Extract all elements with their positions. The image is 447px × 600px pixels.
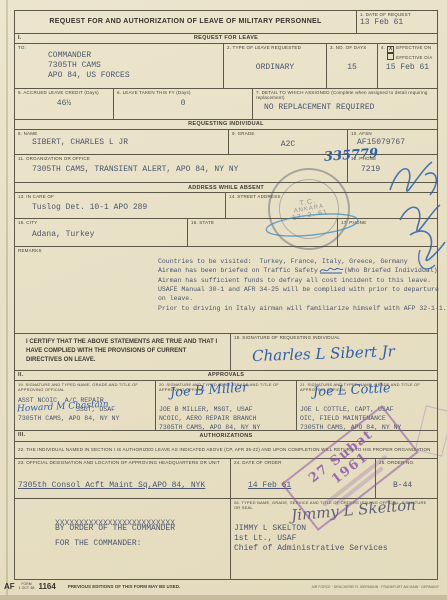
box17-phone: 17. PHONE — [338, 219, 437, 246]
footer-form-date: 1 OCT. 58 — [19, 586, 35, 590]
af-form-1164: REQUEST FOR AND AUTHORIZATION OF LEAVE O… — [14, 10, 438, 580]
box20-title-line: NCOIC, AERO REPAIR BRANCH — [159, 414, 293, 423]
box26-title-line: Chief of Administrative Services — [234, 544, 434, 554]
in-care-of-row: 13. IN CARE OF Tuslog Det. 10-1 APO 289 … — [15, 193, 437, 219]
to-line2: 7305TH CAMS — [48, 61, 220, 71]
box19-approving-official: 19. SIGNATURE AND TYPED NAME, GRADE AND … — [15, 381, 156, 430]
box23-label: 23. OFFICIAL DESIGNATION AND LOCATION OF… — [18, 460, 227, 466]
box26-orders-official: 26. TYPED NAME, GRADE, SERVICE AND TITLE… — [231, 499, 437, 579]
box4-number: 4. — [381, 45, 385, 61]
certification-box: I CERTIFY THAT THE ABOVE STATEMENTS ARE … — [15, 334, 231, 370]
requesting-individual-signature: Charles L Sibert Jr — [252, 341, 435, 365]
section-1-title: REQUEST FOR LEAVE — [194, 35, 258, 41]
briefer-initials-ink-scribble — [318, 266, 344, 274]
remarks-box: REMARKS Countries to be visited: Turkey,… — [15, 247, 447, 333]
box3-no-of-days: 3. NO. OF DAYS 15 — [327, 44, 378, 88]
for-the-commander-text: FOR THE COMMANDER: — [55, 539, 227, 549]
to-box: TO: COMMANDER 7305TH CAMS APO 84, US FOR… — [15, 44, 224, 88]
remarks-label: REMARKS — [18, 248, 447, 254]
paper-bottom-edge — [0, 595, 447, 600]
box20-label: 20. SIGNATURE AND TYPED NAME, GRADE AND … — [159, 382, 293, 392]
section-2-number: II. — [18, 372, 23, 378]
section-3-title: AUTHORIZATIONS — [200, 433, 253, 439]
authorization-statement-row: 22. THE INDIVIDUAL NAMED IN SECTION I IS… — [15, 442, 437, 460]
box26-name-line: JIMMY L SKELTON — [234, 524, 434, 534]
box19-unit-line: 7305TH CAMS, APO 84, NY NY — [18, 414, 152, 423]
box24-label: 24. DATE OF ORDER — [234, 460, 372, 466]
address-while-absent-bar: ADDRESS WHILE ABSENT — [15, 183, 437, 193]
box5-label: 5. ACCRUED LEAVE CREDIT (Days) — [18, 90, 110, 96]
box2-label: 2. TYPE OF LEAVE REQUESTED — [227, 45, 323, 51]
form-title: REQUEST FOR AND AUTHORIZATION OF LEAVE O… — [49, 18, 321, 25]
organization-row: 11. ORGANIZATION OR OFFICE 7305TH CAMS, … — [15, 155, 437, 183]
section-2-title: APPROVALS — [208, 372, 245, 378]
box20-name-line: JOE B MILLER, MSGT, USAF — [159, 405, 293, 414]
box8-name: 8. NAME SIBERT, CHARLES L JR — [15, 130, 229, 155]
box18-signature-box: 18. SIGNATURE OF REQUESTING INDIVIDUAL C… — [231, 334, 437, 370]
effective-on-checkbox-checked: X — [387, 46, 394, 53]
box15-label: 15. CITY — [18, 220, 184, 226]
remarks-line3: Airman has sufficient funds to defray al… — [158, 276, 447, 285]
box11-label: 11. ORGANIZATION OR OFFICE — [18, 156, 344, 162]
box19-grade-line: SSGT, USAF — [18, 405, 152, 414]
request-row: TO: COMMANDER 7305TH CAMS APO 84, US FOR… — [15, 44, 437, 89]
to-line3: APO 84, US FORCES — [48, 71, 220, 81]
requesting-individual-bar: REQUESTING INDIVIDUAL — [15, 120, 437, 130]
box19-label: 19. SIGNATURE AND TYPED NAME, GRADE AND … — [18, 382, 152, 392]
by-order-strikeout-x: XXXXXXXXXXXXXXXXXXXXXXXXX — [55, 519, 175, 529]
box1-date-of-request: 1. DATE OF REQUEST 13 Feb 61 — [357, 11, 437, 33]
box21-label: 21. SIGNATURE AND TYPED NAME, GRADE AND … — [300, 382, 434, 392]
box26-label: 26. TYPED NAME, GRADE, SERVICE AND TITLE… — [234, 500, 434, 510]
city-state-row: 15. CITY Adana, Turkey 16. STATE 17. PHO… — [15, 219, 437, 247]
box18-label: 18. SIGNATURE OF REQUESTING INDIVIDUAL — [234, 335, 434, 341]
box11-value: 7305TH CAMS, TRANSIENT ALERT, APO 84, NY… — [18, 165, 344, 175]
box21-title-line: OIC, FIELD MAINTENANCE — [300, 414, 434, 423]
remarks-line2: Airman has been briefed on Traffic Safet… — [158, 266, 447, 275]
box13-value: Tuslog Det. 10-1 APO 289 — [18, 203, 222, 213]
box10-value: AF15079767 — [351, 138, 434, 148]
remarks-line4: USAFE Manual 30-1 and AFR 34-25 will be … — [158, 285, 447, 294]
box8-value: SIBERT, CHARLES L JR — [18, 138, 225, 148]
box5-accrued-leave: 5. ACCRUED LEAVE CREDIT (Days) 46½ — [15, 89, 114, 119]
by-order-box: BY ORDER OF THE COMMANDER XXXXXXXXXXXXXX… — [15, 499, 231, 579]
box25-order-no: 25. ORDER NO. B-44 — [376, 459, 437, 498]
certification-row: I CERTIFY THAT THE ABOVE STATEMENTS ARE … — [15, 334, 437, 371]
box21-name-line: JOE L COTTLE, CAPT, USAF — [300, 405, 434, 414]
box14-label: 14. STREET ADDRESS — [229, 194, 434, 200]
box16-label: 16. STATE — [191, 220, 334, 226]
box21-approving-official: 21. SIGNATURE AND TYPED NAME, GRADE AND … — [297, 381, 437, 430]
box14-street-address: 14. STREET ADDRESS — [226, 193, 437, 218]
footer-note: PREVIOUS EDITIONS OF THIS FORM MAY BE US… — [68, 584, 181, 589]
box25-value: B-44 — [379, 481, 434, 491]
section-1-number: I. — [18, 35, 22, 41]
box10-afsn: 10. AFSN AF15079767 — [348, 130, 437, 155]
box7-detail-assigned: 7. DETAIL TO WHICH ASSIGNED (Complete wh… — [253, 89, 437, 119]
box9-label: 9. GRADE — [232, 131, 344, 137]
footer-form-number: 1164 — [38, 582, 55, 591]
box26-grade-line: 1st Lt., USAF — [234, 534, 434, 544]
order-row: 23. OFFICIAL DESIGNATION AND LOCATION OF… — [15, 459, 437, 499]
box3-value: 15 — [330, 63, 374, 73]
box4-option1-label: EFFECTIVE ON — [396, 45, 431, 50]
box6-leave-taken: 6. LEAVE TAKEN THIS FY (Days) 0 — [114, 89, 253, 119]
box24-date-of-order: 24. DATE OF ORDER 14 Feb 61 — [231, 459, 376, 498]
box12-phone: 12. PHONE 7219 — [348, 155, 437, 182]
box19-title-line: ASST NCOIC, A/C REPAIR — [18, 396, 152, 405]
remarks-line5: on leave. — [158, 294, 447, 303]
box15-city: 15. CITY Adana, Turkey — [15, 219, 188, 246]
box7-label: 7. DETAIL TO WHICH ASSIGNED (Complete wh… — [256, 90, 434, 101]
footer-af: AF — [4, 582, 15, 591]
section-1-bar: I. REQUEST FOR LEAVE — [15, 34, 437, 44]
box9-grade: 9. GRADE A2C — [229, 130, 348, 155]
box2-type-of-leave: 2. TYPE OF LEAVE REQUESTED ORDINARY — [224, 44, 327, 88]
name-grade-row: 8. NAME SIBERT, CHARLES L JR 9. GRADE A2… — [15, 130, 437, 156]
box13-label: 13. IN CARE OF — [18, 194, 222, 200]
box12-label: 12. PHONE — [351, 156, 434, 162]
box8-label: 8. NAME — [18, 131, 225, 137]
approvals-row: 19. SIGNATURE AND TYPED NAME, GRADE AND … — [15, 381, 437, 431]
certification-text: I CERTIFY THAT THE ABOVE STATEMENTS ARE … — [18, 338, 227, 365]
box17-label: 17. PHONE — [341, 220, 434, 226]
box20-approving-official: 20. SIGNATURE AND TYPED NAME, GRADE AND … — [156, 381, 297, 430]
box22-text: 22. THE INDIVIDUAL NAMED IN SECTION I IS… — [18, 447, 431, 453]
box4-effective-date: 4. XEFFECTIVE ON EFFECTIVE O/A 15 Feb 61 — [378, 44, 437, 88]
effective-oa-checkbox-empty — [387, 53, 394, 60]
requesting-individual-title: REQUESTING INDIVIDUAL — [188, 121, 264, 127]
box12-value: 7219 — [351, 165, 434, 175]
box25-label: 25. ORDER NO. — [379, 460, 434, 466]
remarks-line6: Prior to driving in Italy airman will fa… — [158, 304, 447, 313]
box2-value: ORDINARY — [227, 63, 323, 73]
box23-value: 7305th Consol Acft Maint Sq,APO 84, NYK — [18, 481, 227, 491]
paper-crease — [6, 0, 8, 600]
box15-value: Adana, Turkey — [18, 230, 184, 240]
section-3-bar: III. AUTHORIZATIONS — [15, 431, 437, 442]
box4-option2-label: EFFECTIVE O/A — [396, 55, 432, 60]
remarks-row: REMARKS Countries to be visited: Turkey,… — [15, 247, 437, 334]
section-2-bar: II. APPROVALS — [15, 371, 437, 381]
section-3-number: III. — [18, 432, 25, 438]
address-while-absent-title: ADDRESS WHILE ABSENT — [188, 185, 264, 191]
footer-printer-info: AIR FORCE · DRUCKEREI R. ISERMANN · FRAN… — [312, 585, 439, 589]
box16-state: 16. STATE — [188, 219, 338, 246]
header-row: REQUEST FOR AND AUTHORIZATION OF LEAVE O… — [15, 11, 437, 34]
box10-label: 10. AFSN — [351, 131, 434, 137]
form-footer: AF FORM 1 OCT. 58 1164 PREVIOUS EDITIONS… — [4, 582, 443, 591]
box9-value: A2C — [232, 140, 344, 150]
box5-value: 46½ — [18, 99, 110, 109]
leave-credit-row: 5. ACCRUED LEAVE CREDIT (Days) 46½ 6. LE… — [15, 89, 437, 120]
box11-organization: 11. ORGANIZATION OR OFFICE 7305TH CAMS, … — [15, 155, 348, 182]
box23-headquarters: 23. OFFICIAL DESIGNATION AND LOCATION OF… — [15, 459, 231, 498]
box6-label: 6. LEAVE TAKEN THIS FY (Days) — [117, 90, 249, 96]
box6-value: 0 — [117, 99, 249, 109]
box4-value: 15 Feb 61 — [381, 63, 434, 73]
box13-in-care-of: 13. IN CARE OF Tuslog Det. 10-1 APO 289 — [15, 193, 226, 218]
to-line1: COMMANDER — [48, 51, 220, 61]
box7-value: NO REPLACEMENT REQUIRED — [256, 103, 434, 113]
remarks-line1: Countries to be visited: Turkey, France,… — [158, 257, 447, 266]
box3-label: 3. NO. OF DAYS — [330, 45, 374, 51]
signature-block-row: BY ORDER OF THE COMMANDER XXXXXXXXXXXXXX… — [15, 499, 437, 579]
box1-value: 13 Feb 61 — [360, 18, 434, 28]
box24-value: 14 Feb 61 — [234, 481, 372, 491]
